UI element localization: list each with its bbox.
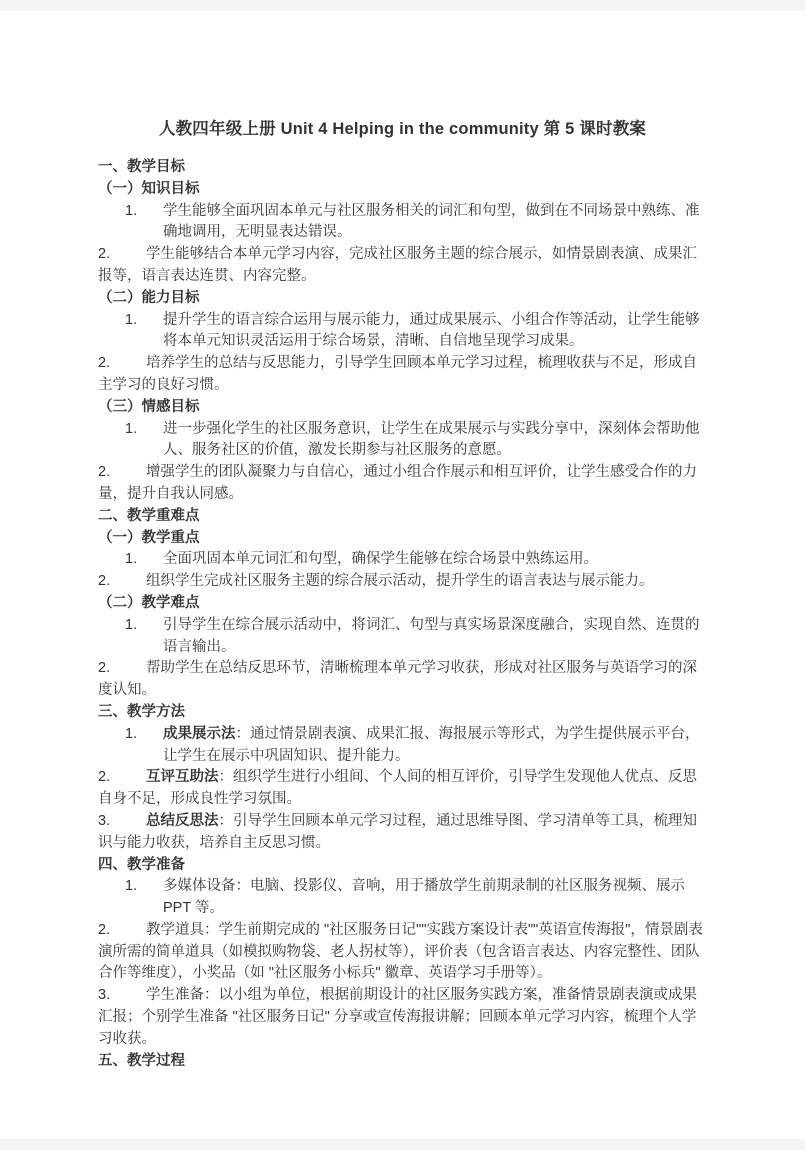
item-number: 1.	[125, 615, 163, 659]
item-number: 3.	[98, 811, 146, 833]
method-name: 成果展示法	[163, 726, 236, 742]
method-name: 总结反思法	[146, 813, 219, 829]
item-text: 引导学生在综合展示活动中，将词汇、句型与真实场景深度融合，实现自然、连贯的语言输…	[163, 615, 707, 659]
item-text: 提升学生的语言综合运用与展示能力，通过成果展示、小组合作等活动，让学生能够将本单…	[163, 310, 707, 354]
item-number: 1.	[125, 310, 163, 354]
document-body: 一、教学目标（一）知识目标1.学生能够全面巩固本单元与社区服务相关的词汇和句型，…	[98, 157, 707, 1072]
numbered-list-item: 1.进一步强化学生的社区服务意识，让学生在成果展示与实践分享中，深刻体会帮助他人…	[98, 419, 707, 463]
numbered-list-item: 1.学生能够全面巩固本单元与社区服务相关的词汇和句型，做到在不同场景中熟练、准确…	[98, 201, 707, 245]
item-text: 多媒体设备：电脑、投影仪、音响，用于播放学生前期录制的社区服务视频、展示 PPT…	[163, 876, 707, 920]
numbered-paragraph: 2.教学道具：学生前期完成的 "社区服务日记""实践方案设计表""英语宣传海报"…	[98, 920, 707, 985]
item-text: 帮助学生在总结反思环节，清晰梳理本单元学习收获，形成对社区服务与英语学习的深度认…	[98, 660, 697, 698]
numbered-paragraph: 3.学生准备：以小组为单位，根据前期设计的社区服务实践方案，准备情景剧表演或成果…	[98, 985, 707, 1050]
item-number: 1.	[125, 419, 163, 463]
section-heading: 三、教学方法	[98, 702, 707, 724]
numbered-list-item: 1.成果展示法：通过情景剧表演、成果汇报、海报展示等形式，为学生提供展示平台，让…	[98, 724, 707, 768]
section-heading: 四、教学准备	[98, 855, 707, 877]
item-text: 进一步强化学生的社区服务意识，让学生在成果展示与实践分享中，深刻体会帮助他人、服…	[163, 419, 707, 463]
item-number: 2.	[98, 920, 146, 942]
item-number: 1.	[125, 201, 163, 245]
numbered-paragraph: 2.组织学生完成社区服务主题的综合展示活动，提升学生的语言表达与展示能力。	[98, 571, 707, 593]
subsection-heading: （二）能力目标	[98, 288, 707, 310]
item-number: 2.	[98, 353, 146, 375]
document-page: 人教四年级上册 Unit 4 Helping in the community …	[0, 11, 805, 1139]
document-title: 人教四年级上册 Unit 4 Helping in the community …	[98, 116, 707, 142]
item-text: 互评互助法：组织学生进行小组间、个人间的相互评价，引导学生发现他人优点、反思自身…	[98, 769, 697, 807]
numbered-list-item: 1.提升学生的语言综合运用与展示能力，通过成果展示、小组合作等活动，让学生能够将…	[98, 310, 707, 354]
item-text: 成果展示法：通过情景剧表演、成果汇报、海报展示等形式，为学生提供展示平台，让学生…	[163, 724, 707, 768]
item-text: 学生准备：以小组为单位，根据前期设计的社区服务实践方案，准备情景剧表演或成果汇报…	[98, 987, 697, 1047]
numbered-paragraph: 2.增强学生的团队凝聚力与自信心，通过小组合作展示和相互评价，让学生感受合作的力…	[98, 462, 707, 506]
numbered-paragraph: 3.总结反思法：引导学生回顾本单元学习过程，通过思维导图、学习清单等工具，梳理知…	[98, 811, 707, 855]
numbered-paragraph: 2.学生能够结合本单元学习内容，完成社区服务主题的综合展示，如情景剧表演、成果汇…	[98, 244, 707, 288]
item-text: 学生能够结合本单元学习内容，完成社区服务主题的综合展示，如情景剧表演、成果汇报等…	[98, 246, 697, 284]
item-text: 培养学生的总结与反思能力，引导学生回顾本单元学习过程，梳理收获与不足，形成自主学…	[98, 355, 697, 393]
item-number: 2.	[98, 767, 146, 789]
subsection-heading: （一）知识目标	[98, 179, 707, 201]
subsection-heading: （一）教学重点	[98, 528, 707, 550]
item-text: 总结反思法：引导学生回顾本单元学习过程，通过思维导图、学习清单等工具，梳理知识与…	[98, 813, 697, 851]
item-text: 全面巩固本单元词汇和句型，确保学生能够在综合场景中熟练运用。	[163, 549, 707, 571]
section-heading: 五、教学过程	[98, 1051, 707, 1073]
item-number: 2.	[98, 462, 146, 484]
subsection-heading: （三）情感目标	[98, 397, 707, 419]
numbered-paragraph: 2.帮助学生在总结反思环节，清晰梳理本单元学习收获，形成对社区服务与英语学习的深…	[98, 658, 707, 702]
item-number: 1.	[125, 876, 163, 920]
subsection-heading: （二）教学难点	[98, 593, 707, 615]
numbered-list-item: 1.引导学生在综合展示活动中，将词汇、句型与真实场景深度融合，实现自然、连贯的语…	[98, 615, 707, 659]
item-text: 教学道具：学生前期完成的 "社区服务日记""实践方案设计表""英语宣传海报"，情…	[98, 922, 703, 982]
item-number: 1.	[125, 724, 163, 768]
numbered-paragraph: 2.培养学生的总结与反思能力，引导学生回顾本单元学习过程，梳理收获与不足，形成自…	[98, 353, 707, 397]
item-text: 学生能够全面巩固本单元与社区服务相关的词汇和句型，做到在不同场景中熟练、准确地调…	[163, 201, 707, 245]
numbered-list-item: 1.多媒体设备：电脑、投影仪、音响，用于播放学生前期录制的社区服务视频、展示 P…	[98, 876, 707, 920]
item-text: 组织学生完成社区服务主题的综合展示活动，提升学生的语言表达与展示能力。	[146, 573, 654, 589]
item-text: 增强学生的团队凝聚力与自信心，通过小组合作展示和相互评价，让学生感受合作的力量，…	[98, 464, 697, 502]
page-bottom-edge	[0, 1139, 805, 1150]
item-number: 3.	[98, 985, 146, 1007]
section-heading: 一、教学目标	[98, 157, 707, 179]
method-name: 互评互助法	[146, 769, 219, 785]
item-number: 2.	[98, 658, 146, 680]
item-number: 2.	[98, 244, 146, 266]
numbered-paragraph: 2.互评互助法：组织学生进行小组间、个人间的相互评价，引导学生发现他人优点、反思…	[98, 767, 707, 811]
section-heading: 二、教学重难点	[98, 506, 707, 528]
item-number: 2.	[98, 571, 146, 593]
page-top-edge	[0, 0, 805, 11]
numbered-list-item: 1.全面巩固本单元词汇和句型，确保学生能够在综合场景中熟练运用。	[98, 549, 707, 571]
item-number: 1.	[125, 549, 163, 571]
